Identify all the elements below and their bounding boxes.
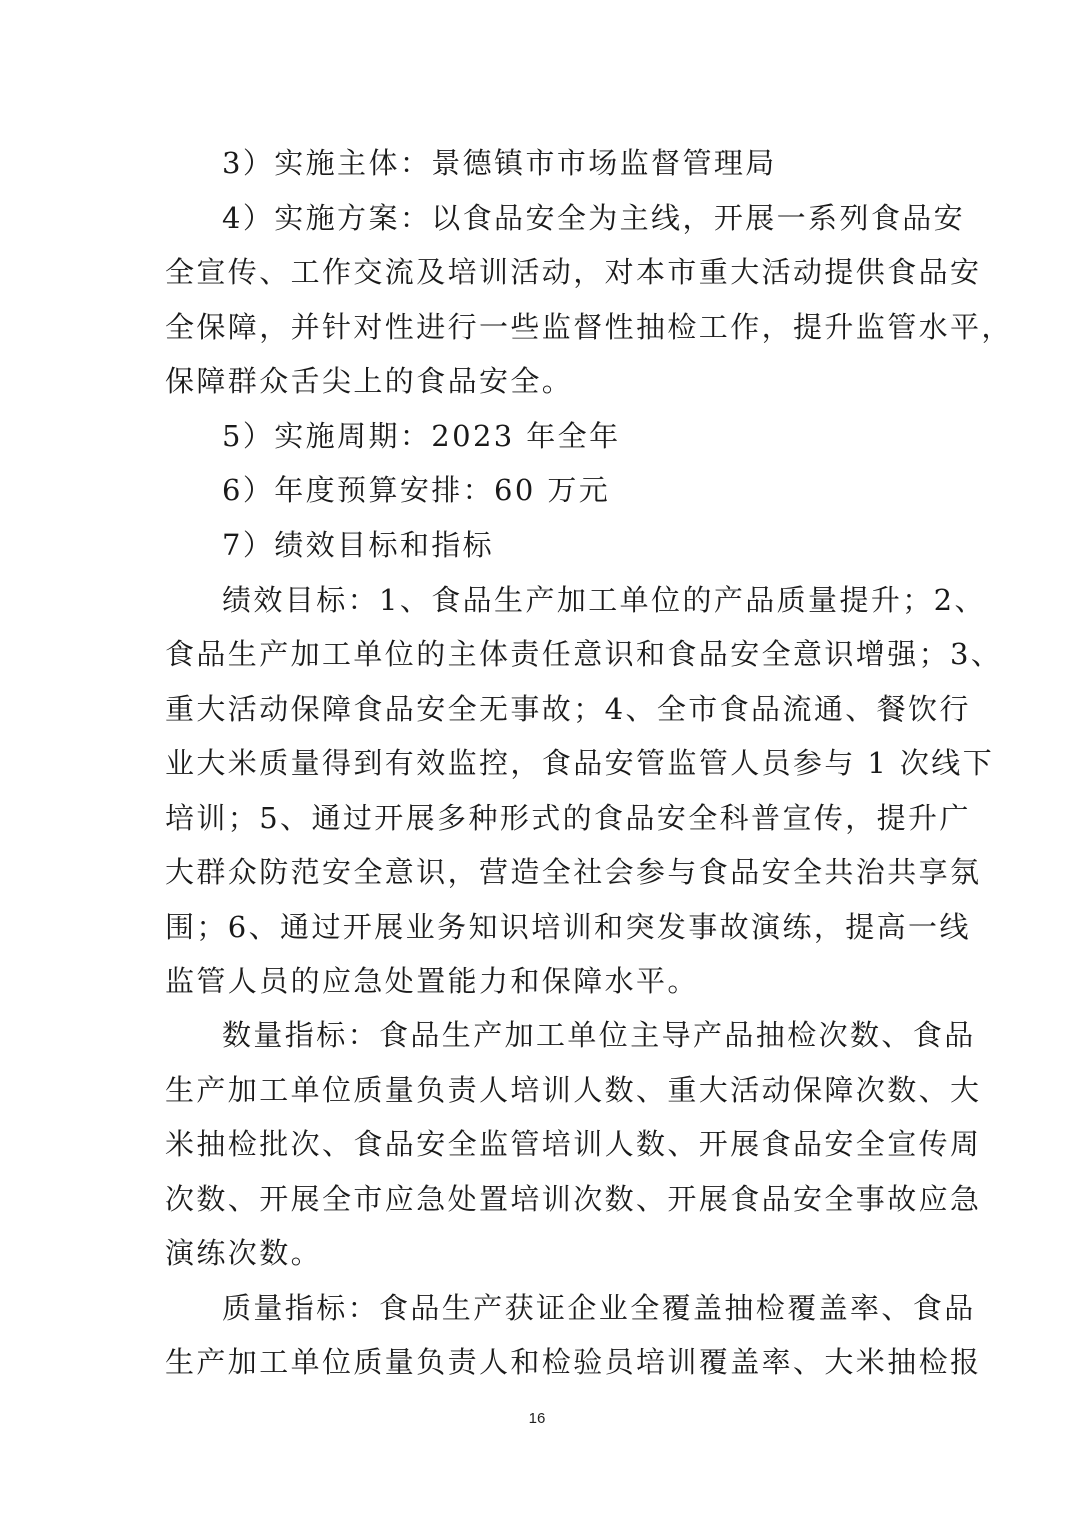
text-line: 培训；5、通过开展多种形式的食品安全科普宣传，提升广 bbox=[165, 798, 915, 838]
text-line: 生产加工单位质量负责人和检验员培训覆盖率、大米抽检报 bbox=[165, 1342, 915, 1382]
text-line: 围；6、通过开展业务知识培训和突发事故演练，提高一线 bbox=[165, 907, 915, 947]
text-line: 监管人员的应急处置能力和保障水平。 bbox=[165, 961, 915, 1001]
text-line: 全保障，并针对性进行一些监督性抽检工作，提升监管水平， bbox=[165, 307, 915, 347]
page-number: 16 bbox=[0, 1410, 1074, 1427]
text-line: 6）年度预算安排：60 万元 bbox=[222, 470, 972, 510]
text-line: 生产加工单位质量负责人培训人数、重大活动保障次数、大 bbox=[165, 1070, 915, 1110]
text-line: 次数、开展全市应急处置培训次数、开展食品安全事故应急 bbox=[165, 1179, 915, 1219]
text-line: 业大米质量得到有效监控，食品安管监管人员参与 1 次线下 bbox=[165, 743, 915, 783]
text-line: 食品生产加工单位的主体责任意识和食品安全意识增强；3、 bbox=[165, 634, 915, 674]
text-line: 全宣传、工作交流及培训活动，对本市重大活动提供食品安 bbox=[165, 252, 915, 292]
text-line: 演练次数。 bbox=[165, 1233, 915, 1273]
text-line: 数量指标：食品生产加工单位主导产品抽检次数、食品 bbox=[222, 1015, 972, 1055]
text-line: 绩效目标：1、食品生产加工单位的产品质量提升；2、 bbox=[222, 580, 972, 620]
text-line: 4）实施方案：以食品安全为主线，开展一系列食品安 bbox=[222, 198, 972, 238]
text-line: 重大活动保障食品安全无事故；4、全市食品流通、餐饮行 bbox=[165, 689, 915, 729]
text-line: 5）实施周期：2023 年全年 bbox=[222, 416, 972, 456]
document-page: 3）实施主体：景德镇市市场监督管理局 4）实施方案：以食品安全为主线，开展一系列… bbox=[0, 0, 1074, 1520]
text-line: 质量指标：食品生产获证企业全覆盖抽检覆盖率、食品 bbox=[222, 1288, 972, 1328]
text-line: 米抽检批次、食品安全监管培训人数、开展食品安全宣传周 bbox=[165, 1124, 915, 1164]
text-line: 7）绩效目标和指标 bbox=[222, 525, 972, 565]
text-line: 大群众防范安全意识，营造全社会参与食品安全共治共享氛 bbox=[165, 852, 915, 892]
text-line: 保障群众舌尖上的食品安全。 bbox=[165, 361, 915, 401]
text-line: 3）实施主体：景德镇市市场监督管理局 bbox=[222, 143, 972, 183]
